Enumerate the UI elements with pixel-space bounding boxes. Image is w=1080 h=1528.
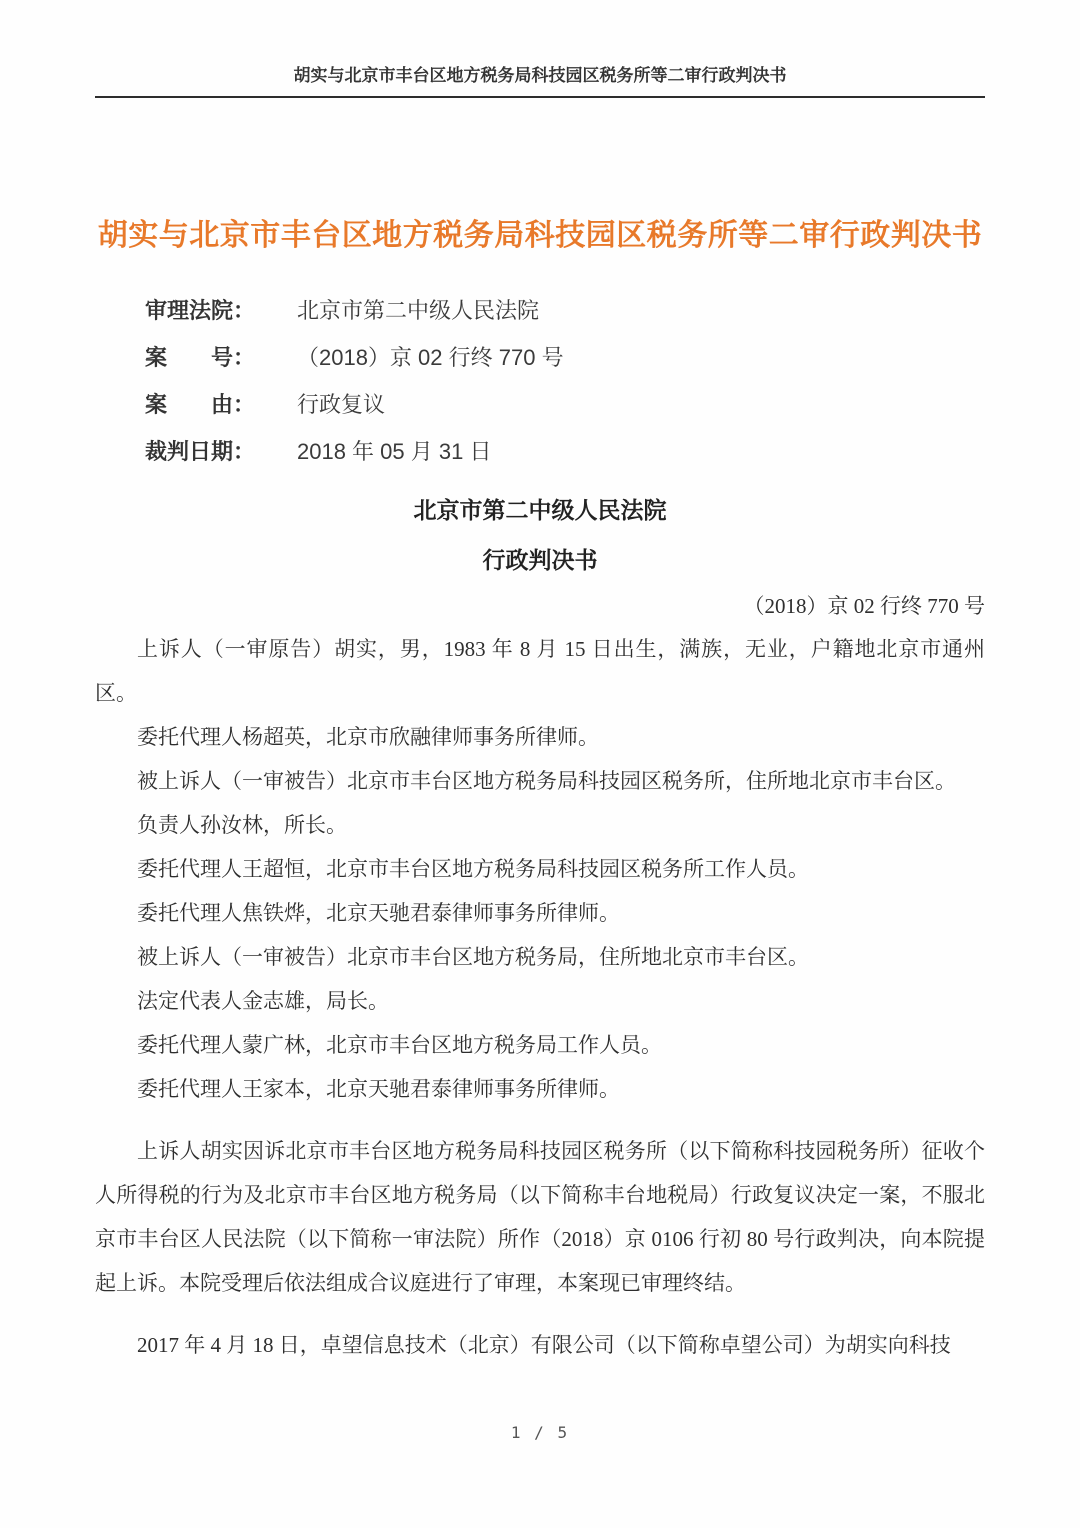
meta-value-cause: 行政复议 (297, 394, 385, 416)
meta-value-case-number: （2018）京 02 行终 770 号 (297, 347, 564, 369)
meta-label-court: 审理法院： (145, 300, 277, 322)
meta-label-case-number: 案 号： (145, 347, 277, 369)
judgment-body: 上诉人（一审原告）胡实，男，1983 年 8 月 15 日出生，满族，无业，户籍… (95, 627, 985, 1367)
case-number-line: （2018）京 02 行终 770 号 (95, 591, 985, 621)
paragraph-appellant: 上诉人（一审原告）胡实，男，1983 年 8 月 15 日出生，满族，无业，户籍… (95, 627, 985, 715)
document-title: 胡实与北京市丰台区地方税务局科技园区税务所等二审行政判决书 (95, 216, 985, 256)
meta-row-cause: 案 由： 行政复议 (145, 394, 985, 416)
page-number: 1 / 5 (0, 1423, 1080, 1442)
paragraph-appellee-2-agent-2: 委托代理人王家本，北京天驰君泰律师事务所律师。 (95, 1067, 985, 1111)
paragraph-case-summary: 上诉人胡实因诉北京市丰台区地方税务局科技园区税务所（以下简称科技园税务所）征收个… (95, 1129, 985, 1305)
case-meta-block: 审理法院： 北京市第二中级人民法院 案 号： （2018）京 02 行终 770… (95, 300, 985, 463)
paragraph-appellant-agent: 委托代理人杨超英，北京市欣融律师事务所律师。 (95, 715, 985, 759)
running-header-title: 胡实与北京市丰台区地方税务局科技园区税务所等二审行政判决书 (95, 66, 985, 86)
paragraph-appellee-2-representative: 法定代表人金志雄，局长。 (95, 979, 985, 1023)
meta-row-case-number: 案 号： （2018）京 02 行终 770 号 (145, 347, 985, 369)
page-header: 胡实与北京市丰台区地方税务局科技园区税务所等二审行政判决书 (95, 66, 985, 98)
header-divider (95, 96, 985, 98)
document-page: 胡实与北京市丰台区地方税务局科技园区税务所等二审行政判决书 胡实与北京市丰台区地… (0, 0, 1080, 1528)
meta-value-judgment-date: 2018 年 05 月 31 日 (297, 441, 491, 463)
meta-row-judgment-date: 裁判日期： 2018 年 05 月 31 日 (145, 441, 985, 463)
meta-value-court: 北京市第二中级人民法院 (297, 300, 539, 322)
meta-label-judgment-date: 裁判日期： (145, 441, 277, 463)
paragraph-appellee-1: 被上诉人（一审被告）北京市丰台区地方税务局科技园区税务所，住所地北京市丰台区。 (95, 759, 985, 803)
paragraph-appellee-1-agent-2: 委托代理人焦铁烨，北京天驰君泰律师事务所律师。 (95, 891, 985, 935)
meta-row-court: 审理法院： 北京市第二中级人民法院 (145, 300, 985, 322)
court-name-heading: 北京市第二中级人民法院 (95, 495, 985, 525)
meta-label-cause: 案 由： (145, 394, 277, 416)
paragraph-appellee-1-head: 负责人孙汝林，所长。 (95, 803, 985, 847)
paragraph-appellee-1-agent-1: 委托代理人王超恒，北京市丰台区地方税务局科技园区税务所工作人员。 (95, 847, 985, 891)
paragraph-appellee-2: 被上诉人（一审被告）北京市丰台区地方税务局，住所地北京市丰台区。 (95, 935, 985, 979)
paragraph-appellee-2-agent-1: 委托代理人蒙广林，北京市丰台区地方税务局工作人员。 (95, 1023, 985, 1067)
paragraph-facts-start: 2017 年 4 月 18 日，卓望信息技术（北京）有限公司（以下简称卓望公司）… (95, 1323, 985, 1367)
doc-type-heading: 行政判决书 (95, 545, 985, 575)
